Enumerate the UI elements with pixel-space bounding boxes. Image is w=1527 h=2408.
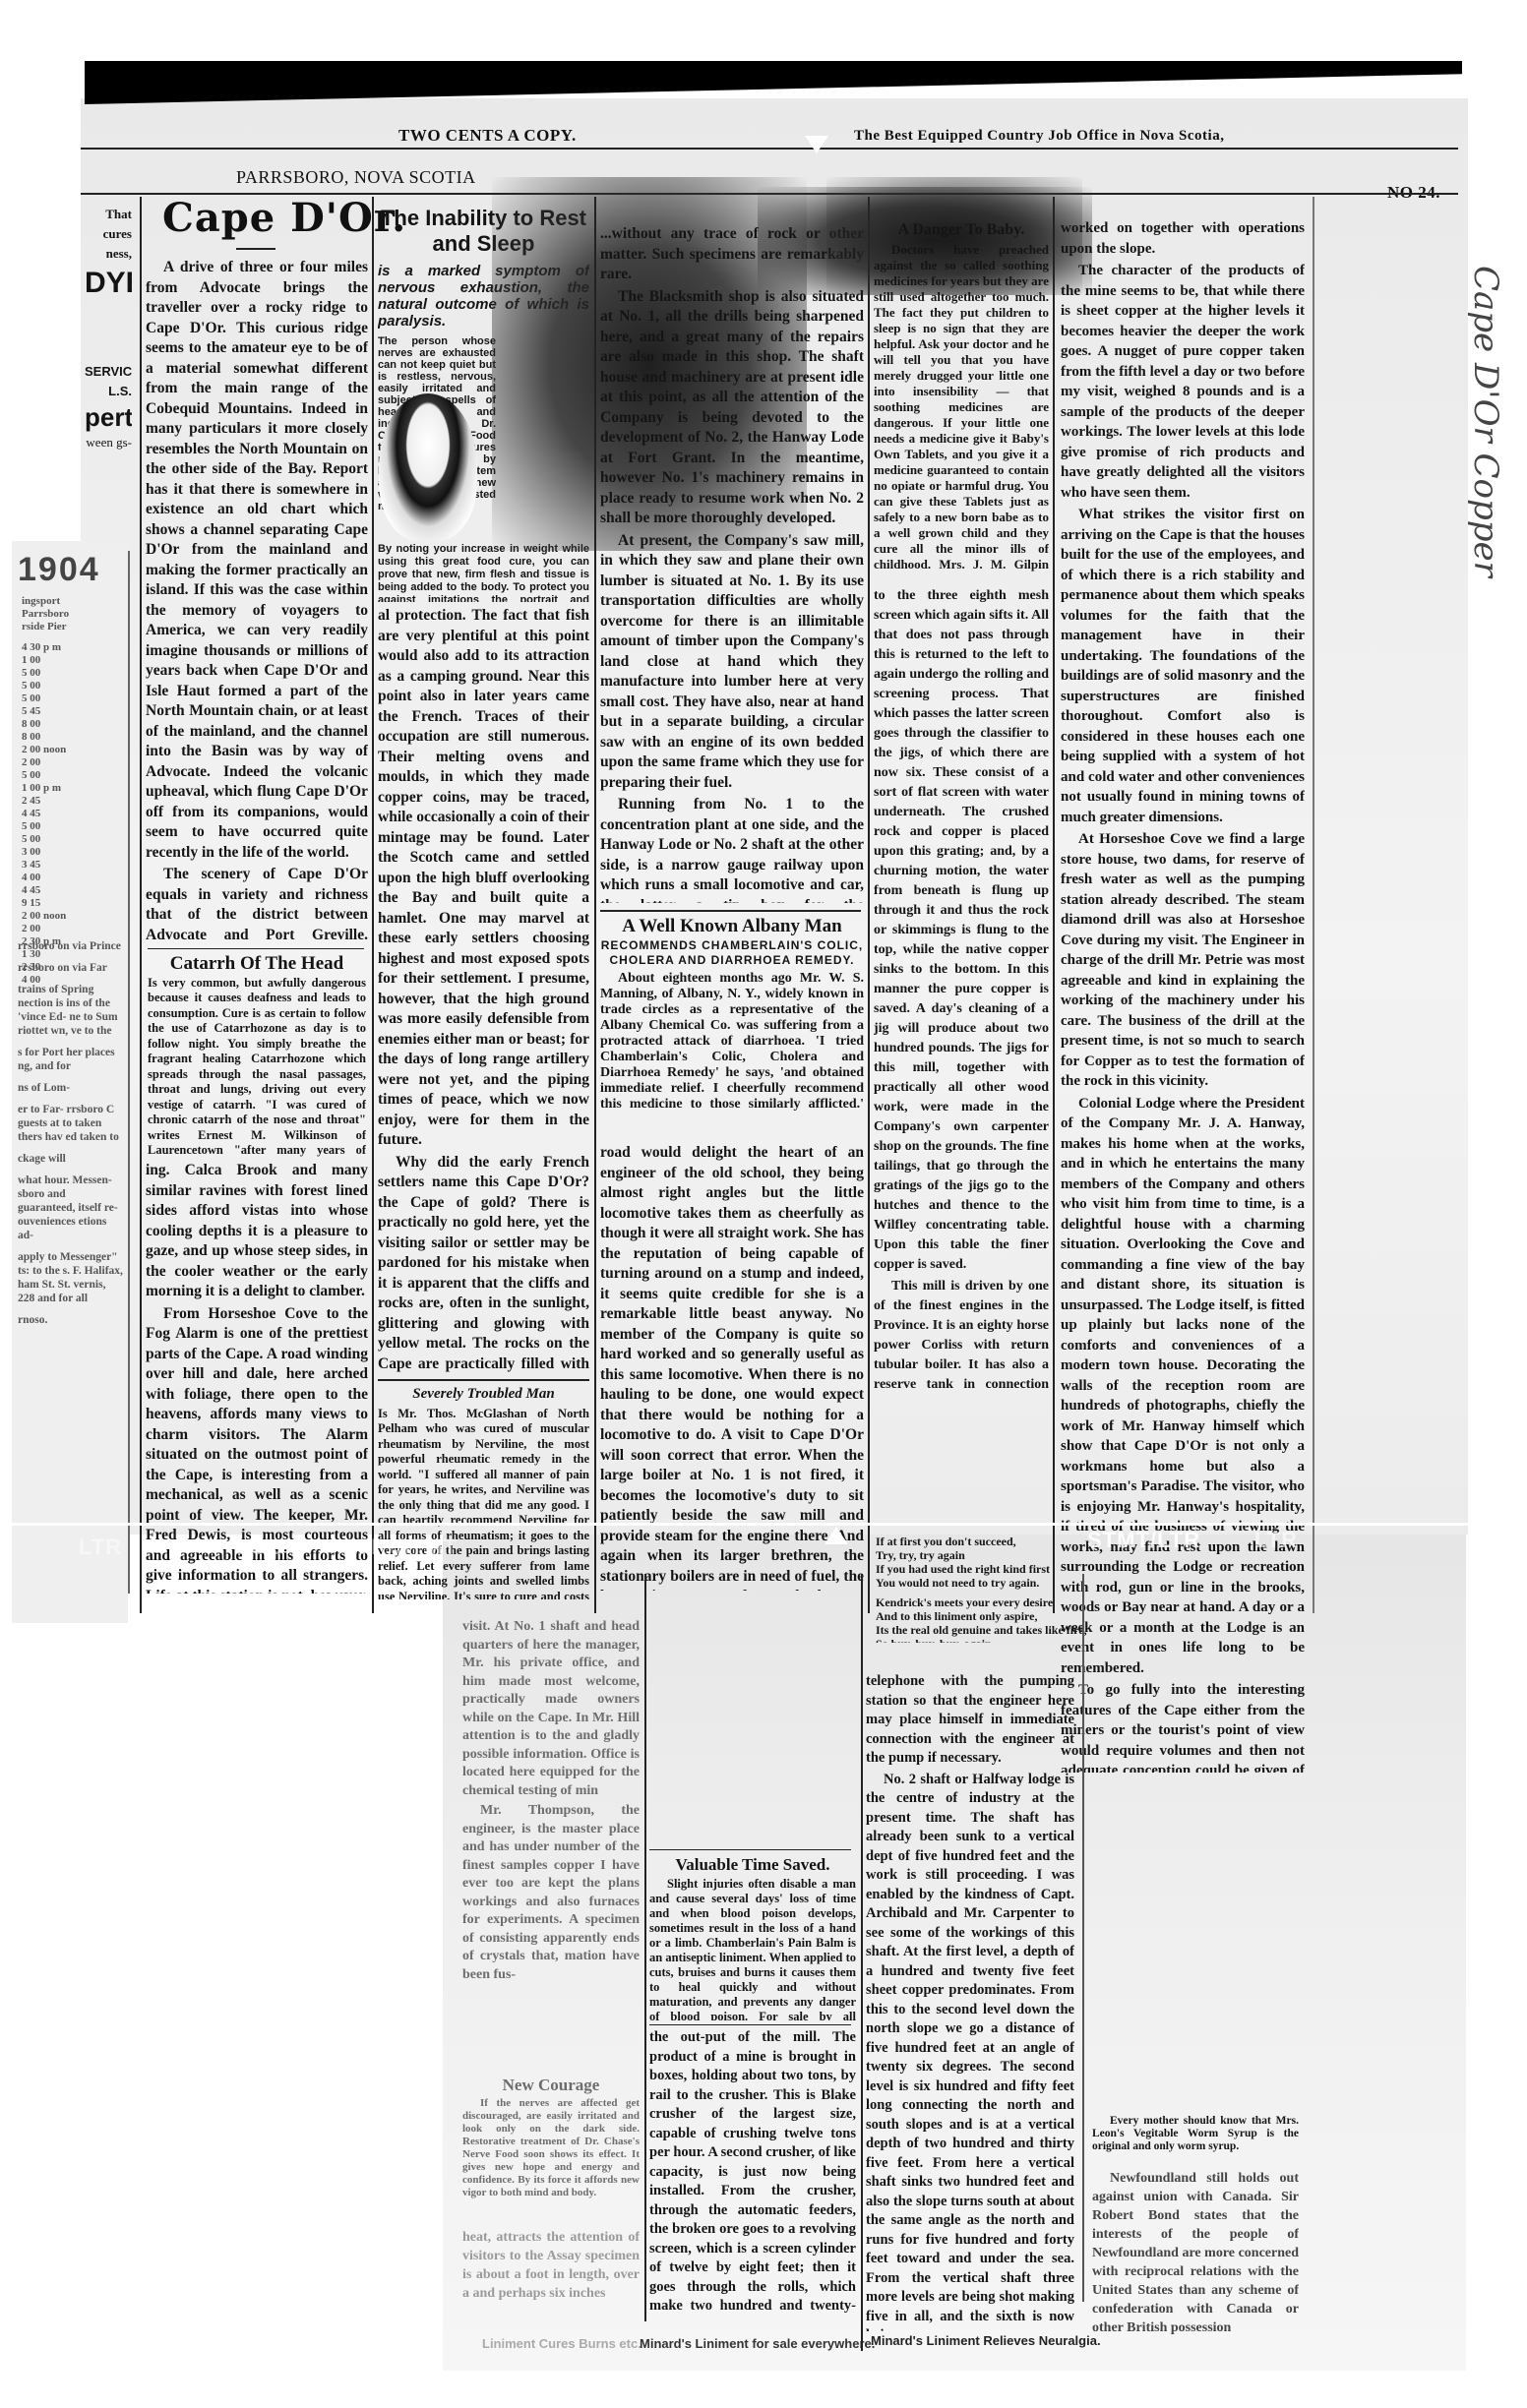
location-label: PARRSBORO, NOVA SCOTIA bbox=[236, 167, 476, 188]
article-headline: Cape D'Or. bbox=[162, 195, 406, 241]
column-rule bbox=[644, 1574, 646, 2321]
ad-body: By noting your increase in weight while … bbox=[378, 543, 589, 602]
timetable-note: apply to Messenger" ts: to the s. F. Hal… bbox=[18, 1250, 124, 1305]
nerviline-ad: Severely Troubled Man Is Mr. Thos. McGla… bbox=[378, 1383, 589, 1599]
ad-body: Every mother should know that Mrs. Leon'… bbox=[1092, 2115, 1299, 2153]
ad-headline: Severely Troubled Man bbox=[378, 1387, 589, 1403]
column-rule bbox=[594, 197, 596, 1613]
timetable-entry: 1 00 bbox=[22, 654, 120, 667]
timetable-entry: 2 00 bbox=[22, 923, 120, 935]
timetable-entry: 4 00 bbox=[22, 872, 120, 884]
timetable-entry: 5 00 bbox=[22, 692, 120, 705]
timetable-entry: 4 45 bbox=[22, 884, 120, 897]
timetable-note: s for Port her places ng, and for bbox=[18, 1046, 124, 1073]
column-rule bbox=[861, 1574, 863, 2351]
paragraph: This mill is driven by one of the finest… bbox=[874, 1277, 1049, 1393]
albany-ad: A Well Known Albany Man RECOMMENDS CHAMB… bbox=[600, 915, 864, 1112]
paragraph: A drive of three or four miles from Advo… bbox=[146, 258, 368, 863]
ad-headline: The Inability to Rest and Sleep bbox=[378, 206, 589, 257]
column-rule bbox=[1313, 197, 1314, 1613]
paragraph: The Blacksmith shop is also situated at … bbox=[600, 287, 864, 529]
lower-left-fragment: visit. At No. 1 shaft and head quarters … bbox=[462, 1618, 640, 2012]
timetable-note: ns of Lom- bbox=[18, 1081, 124, 1095]
price-label: TWO CENTS A COPY. bbox=[398, 126, 577, 146]
ad-headline: A Well Known Albany Man bbox=[600, 919, 864, 934]
ad-fragment: DYE bbox=[85, 264, 132, 303]
scan-stamp: LGL bbox=[236, 1535, 282, 1560]
baby-ad: A Danger To Baby. Doctors have preached … bbox=[874, 218, 1049, 572]
paragraph: The character of the products of the min… bbox=[1061, 261, 1305, 503]
ad-body: Doctors have preached against the so cal… bbox=[874, 242, 1049, 572]
timetable-entry: 5 00 bbox=[22, 680, 120, 692]
ad-subhead: is a marked symptom of nervous exhaustio… bbox=[378, 263, 589, 330]
column-rule bbox=[1082, 1574, 1084, 2302]
ad-body: Is Mr. Thos. McGlashan of North Pelham w… bbox=[378, 1407, 589, 1600]
paragraph: Colonial Lodge where the President of th… bbox=[1061, 1094, 1305, 1679]
column-rule bbox=[1053, 197, 1055, 1613]
catarrh-ad: Catarrh Of The Head Is very common, but … bbox=[148, 952, 366, 1159]
ad-headline: New Courage bbox=[462, 2077, 640, 2093]
paragraph: Newfoundland still holds out against uni… bbox=[1092, 2169, 1299, 2336]
handwritten-note: Cape D'Or Copper bbox=[1466, 266, 1505, 577]
separator bbox=[600, 910, 861, 912]
timetable-note: rrsboro on via Far bbox=[18, 961, 124, 975]
timetable-entry: 5 00 bbox=[22, 667, 120, 680]
paragraph: the out-put of the mill. The product of … bbox=[649, 2028, 856, 2314]
ad-fragment: pert' bbox=[85, 401, 132, 433]
timetable-entry: 4 45 bbox=[22, 808, 120, 820]
timetable-note: rrsboro on via Prince bbox=[18, 939, 124, 953]
paragraph: To go fully into the interesting feature… bbox=[1061, 1680, 1305, 1773]
paragraph: worked on together with operations upon … bbox=[1061, 218, 1305, 259]
separator bbox=[649, 1849, 851, 1850]
separator bbox=[378, 1379, 589, 1381]
paragraph: Mr. Thompson, the engineer, is the maste… bbox=[462, 1802, 640, 1984]
timetable-note: what hour. Messen- sboro and guaranteed,… bbox=[18, 1174, 124, 1242]
ad-fragment: L.S. bbox=[85, 382, 132, 401]
scan-stamp: STMT/LTR bbox=[1087, 1528, 1200, 1553]
scan-marker-triangle bbox=[805, 136, 828, 153]
timetable-notes: rrsboro on via Princerrsboro on via Fart… bbox=[18, 939, 124, 1335]
lower-left-fragment-2: heat, attracts the attention of visitors… bbox=[462, 2228, 640, 2326]
paragraph: to the three eighth mesh screen which ag… bbox=[874, 586, 1049, 1275]
ad-body: Is very common, but awfully dangerous be… bbox=[148, 976, 366, 1160]
woman-portrait-illustration bbox=[379, 393, 477, 541]
left-strip-ads: That cures ness, DYE SERVICE. L.S. pert'… bbox=[85, 205, 132, 529]
ad-fragment: SERVICE. bbox=[85, 362, 132, 382]
article-col1-continued: ing. Calca Brook and many similar ravine… bbox=[146, 1161, 368, 1594]
timetable-header: ingsport bbox=[22, 595, 120, 608]
paragraph: Why did the early French settlers name t… bbox=[378, 1153, 589, 1374]
paragraph: ing. Calca Brook and many similar ravine… bbox=[146, 1161, 368, 1302]
column-rule bbox=[868, 197, 870, 1613]
scan-seam bbox=[0, 1523, 1476, 1526]
timetable-entry: 5 00 bbox=[22, 833, 120, 846]
paragraph: The scenery of Cape D'Or equals in varie… bbox=[146, 865, 368, 946]
paragraph: heat, attracts the attention of visitors… bbox=[462, 2228, 640, 2303]
ad-body: If the nerves are affected get discourag… bbox=[462, 2097, 640, 2199]
ad-subhead: RECOMMENDS CHAMBERLAIN'S COLIC, CHOLERA … bbox=[600, 938, 864, 969]
ad-fragment: That cures ness, bbox=[85, 205, 132, 264]
timetable-note: er to Far- rrsboro C guests at to taken … bbox=[18, 1103, 124, 1144]
separator bbox=[649, 2024, 851, 2025]
scan-marker-triangle bbox=[825, 1527, 848, 1544]
column-rule bbox=[372, 197, 374, 1613]
minards-ad-left: Minard's Liniment for sale everywhere. bbox=[640, 2336, 875, 2351]
timetable-header: Parrsboro bbox=[22, 608, 120, 621]
paragraph: No. 2 shaft or Halfway lodge is the cent… bbox=[866, 1771, 1074, 2332]
article-col2: al protection. The fact that fish are ve… bbox=[378, 606, 589, 1373]
ad-headline: A Danger To Baby. bbox=[874, 222, 1049, 238]
masthead-rule bbox=[81, 148, 1458, 150]
timetable-entry: 3 45 bbox=[22, 859, 120, 872]
timetable-entry: 5 00 bbox=[22, 820, 120, 833]
scan-stamp: LTR/STMT bbox=[344, 1535, 458, 1560]
article-col4-continued: telephone with the pumping station so th… bbox=[866, 1672, 1074, 2331]
timetable-entry: 2 00 bbox=[22, 756, 120, 769]
paragraph: al protection. The fact that fish are ve… bbox=[378, 606, 589, 1151]
ad-headline: Valuable Time Saved. bbox=[649, 1857, 856, 1873]
ad-fragment: ween gs- bbox=[85, 433, 132, 452]
nervous-ad-footer: By noting your increase in weight while … bbox=[378, 543, 589, 602]
timetable-entry: 9 15 bbox=[22, 897, 120, 910]
paragraph: What strikes the visitor first on arrivi… bbox=[1061, 505, 1305, 827]
timetable-header: rside Pier bbox=[22, 621, 120, 633]
timetable-entry: 4 30 p m bbox=[22, 641, 120, 654]
worm-syrup-ad: Every mother should know that Mrs. Leon'… bbox=[1092, 2115, 1299, 2164]
paragraph: telephone with the pumping station so th… bbox=[866, 1672, 1074, 1769]
timetable-entry: 5 00 bbox=[22, 769, 120, 782]
tagline: The Best Equipped Country Job Office in … bbox=[854, 128, 1224, 145]
column-rule bbox=[140, 197, 142, 1613]
paragraph: Running from No. 1 to the concentration … bbox=[600, 795, 864, 903]
ad-headline: Catarrh Of The Head bbox=[148, 956, 366, 972]
timetable-note: ckage will bbox=[18, 1152, 124, 1166]
ad-body: About eighteen months ago Mr. W. S. Mann… bbox=[600, 971, 864, 1113]
timetable: ingsportParrsbororside Pier4 30 p m1 005… bbox=[22, 595, 120, 987]
paragraph: At Horseshoe Cove we find a large store … bbox=[1061, 829, 1305, 1092]
article-col4-top: to the three eighth mesh screen which ag… bbox=[874, 586, 1049, 1393]
timetable-entry: 2 00 noon bbox=[22, 910, 120, 923]
timetable-note: trains of Spring nection is ins of the '… bbox=[18, 983, 124, 1038]
article-col3-top: ...without any trace of rock or other ma… bbox=[600, 224, 864, 903]
ad-body: Slight injuries often disable a man and … bbox=[649, 1877, 856, 2021]
valuable-time-ad: Valuable Time Saved. Slight injuries oft… bbox=[649, 1853, 856, 2020]
separator bbox=[148, 948, 364, 949]
timetable-entry: 8 00 bbox=[22, 718, 120, 731]
paragraph: visit. At No. 1 shaft and head quarters … bbox=[462, 1618, 640, 1800]
column-rule bbox=[128, 551, 130, 1594]
timetable-entry: 2 45 bbox=[22, 795, 120, 808]
newfoundland-item: Newfoundland still holds out against uni… bbox=[1092, 2169, 1299, 2336]
new-courage-ad: New Courage If the nerves are affected g… bbox=[462, 2074, 640, 2201]
scan-stamp: LTR bbox=[79, 1535, 122, 1560]
article-col3-bottom: the out-put of the mill. The product of … bbox=[649, 2028, 856, 2314]
article-col1: A drive of three or four miles from Advo… bbox=[146, 258, 368, 946]
paragraph: At present, the Company's saw mill, in w… bbox=[600, 531, 864, 794]
timetable-note: rnoso. bbox=[18, 1313, 124, 1327]
timetable-entry: 1 00 p m bbox=[22, 782, 120, 795]
year-label: 1904 bbox=[18, 551, 100, 589]
timetable-entry: 5 45 bbox=[22, 705, 120, 718]
burns-ad: Liniment Cures Burns etc. bbox=[482, 2336, 641, 2351]
paragraph: ...without any trace of rock or other ma… bbox=[600, 224, 864, 285]
headline-rule bbox=[236, 248, 275, 250]
timetable-entry: 3 00 bbox=[22, 846, 120, 859]
timetable-entry: 8 00 bbox=[22, 731, 120, 744]
minards-ad-right: Minard's Liniment Relieves Neuralgia. bbox=[871, 2333, 1101, 2348]
scan-stamp: LTR bbox=[1254, 1528, 1298, 1553]
timetable-entry: 2 00 noon bbox=[22, 744, 120, 756]
